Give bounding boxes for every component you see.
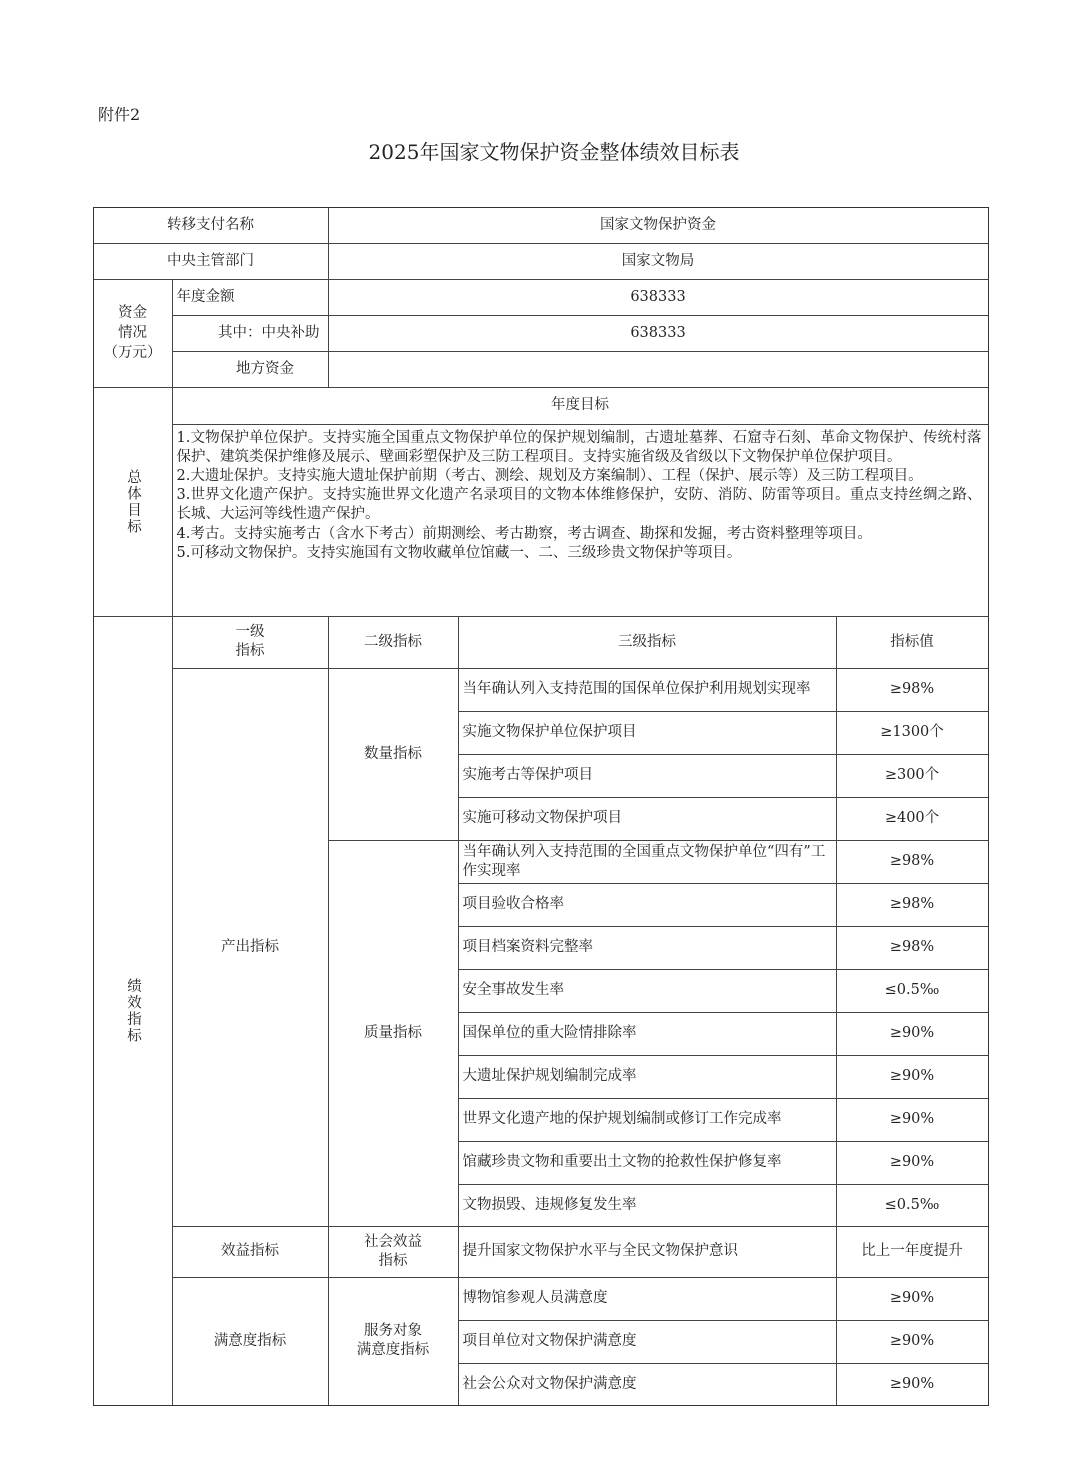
local-funds-label: 地方资金 xyxy=(172,351,329,388)
table-row-value: ≥90% xyxy=(836,1320,989,1364)
table-row-indicator: 项目验收合格率 xyxy=(458,883,837,927)
table-row-indicator: 当年确认列入支持范围的全国重点文物保护单位“四有”工作实现率 xyxy=(458,840,837,884)
table-row-value: ≥90% xyxy=(836,1055,989,1099)
performance-label-text: 绩效指标 xyxy=(123,978,142,1044)
table-row-indicator: 馆藏珍贵文物和重要出土文物的抢救性保护修复率 xyxy=(458,1141,837,1185)
col-header-level1: 一级 指标 xyxy=(172,616,329,669)
goal-item: 4.考古。支持实施考古（含水下考古）前期测绘、考古勘察，考古调查、勘探和发掘，考… xyxy=(177,525,982,544)
table-row-indicator: 实施可移动文物保护项目 xyxy=(458,797,837,841)
satisfaction-indicator-label: 满意度指标 xyxy=(172,1277,329,1406)
title-text: 2025年国家文物保护资金整体绩效目标表 xyxy=(369,140,740,164)
table-row-value: ≥98% xyxy=(836,883,989,927)
department-value: 国家文物局 xyxy=(328,243,989,280)
table-row-indicator: 社会公众对文物保护满意度 xyxy=(458,1363,837,1406)
table-row-indicator: 安全事故发生率 xyxy=(458,969,837,1013)
annual-goal-list: 1.文物保护单位保护。支持实施全国重点文物保护单位的保护规划编制，古遗址墓葬、石… xyxy=(172,424,989,617)
table-row-indicator: 博物馆参观人员满意度 xyxy=(458,1277,837,1321)
table-row-value: ≥1300个 xyxy=(836,711,989,755)
transfer-name-value: 国家文物保护资金 xyxy=(328,207,989,244)
quality-indicator-label: 质量指标 xyxy=(328,840,459,1227)
col-header-level2: 二级指标 xyxy=(328,616,459,669)
table-row-value: ≥98% xyxy=(836,926,989,970)
annual-goal-header: 年度目标 xyxy=(172,387,989,425)
table-row-value: 比上一年度提升 xyxy=(836,1226,989,1278)
table-row-value: ≤0.5‰ xyxy=(836,1184,989,1227)
table-row-indicator: 大遗址保护规划编制完成率 xyxy=(458,1055,837,1099)
goal-item: 3.世界文化遗产保护。支持实施世界文化遗产名录项目的文物本体维修保护，安防、消防… xyxy=(177,486,982,524)
table-row-indicator: 实施文物保护单位保护项目 xyxy=(458,711,837,755)
table-row-value: ≥98% xyxy=(836,840,989,884)
quantity-indicator-label: 数量指标 xyxy=(328,668,459,841)
local-funds-value xyxy=(328,351,989,388)
service-satisfaction-label: 服务对象 满意度指标 xyxy=(328,1277,459,1406)
funding-section-label: 资金 情况 （万元） xyxy=(93,279,173,388)
table-row-value: ≤0.5‰ xyxy=(836,969,989,1013)
col-header-level3: 三级指标 xyxy=(458,616,837,669)
table-row-value: ≥90% xyxy=(836,1098,989,1142)
table-row-value: ≥90% xyxy=(836,1363,989,1406)
overall-goals-label: 总体目标 xyxy=(93,387,173,617)
goal-item: 5.可移动文物保护。支持实施国有文物收藏单位馆藏一、二、三级珍贵文物保护等项目。 xyxy=(177,544,982,563)
benefit-indicator-label: 效益指标 xyxy=(172,1226,329,1278)
goal-item: 1.文物保护单位保护。支持实施全国重点文物保护单位的保护规划编制，古遗址墓葬、石… xyxy=(177,429,982,467)
attachment-label: 附件2 xyxy=(98,102,140,125)
department-label: 中央主管部门 xyxy=(93,243,329,280)
performance-label: 绩效指标 xyxy=(93,616,173,1406)
transfer-name-label: 转移支付名称 xyxy=(93,207,329,244)
table-row-value: ≥98% xyxy=(836,668,989,712)
output-indicator-label: 产出指标 xyxy=(172,668,329,1227)
table-row-value: ≥300个 xyxy=(836,754,989,798)
central-subsidy-value: 638333 xyxy=(328,315,989,352)
table-row-indicator: 实施考古等保护项目 xyxy=(458,754,837,798)
table-row-indicator: 项目单位对文物保护满意度 xyxy=(458,1320,837,1364)
table-row-value: ≥400个 xyxy=(836,797,989,841)
table-row-value: ≥90% xyxy=(836,1012,989,1056)
table-row-indicator: 文物损毁、违规修复发生率 xyxy=(458,1184,837,1227)
central-subsidy-label: 其中：中央补助 xyxy=(172,315,329,352)
table-row-indicator: 提升国家文物保护水平与全民文物保护意识 xyxy=(458,1226,837,1278)
goal-item: 2.大遗址保护。支持实施大遗址保护前期（考古、测绘、规划及方案编制）、工程（保护… xyxy=(177,467,982,486)
page-title: 2025年国家文物保护资金整体绩效目标表 xyxy=(0,136,1080,165)
col-header-value: 指标值 xyxy=(836,616,989,669)
overall-goals-label-text: 总体目标 xyxy=(123,469,142,535)
social-benefit-label: 社会效益 指标 xyxy=(328,1226,459,1278)
table-row-indicator: 当年确认列入支持范围的国保单位保护利用规划实现率 xyxy=(458,668,837,712)
table-row-indicator: 世界文化遗产地的保护规划编制或修订工作完成率 xyxy=(458,1098,837,1142)
annual-amount-label: 年度金额 xyxy=(172,279,329,316)
table-row-indicator: 国保单位的重大险情排除率 xyxy=(458,1012,837,1056)
table-row-value: ≥90% xyxy=(836,1141,989,1185)
annual-amount-value: 638333 xyxy=(328,279,989,316)
table-row-value: ≥90% xyxy=(836,1277,989,1321)
table-row-indicator: 项目档案资料完整率 xyxy=(458,926,837,970)
